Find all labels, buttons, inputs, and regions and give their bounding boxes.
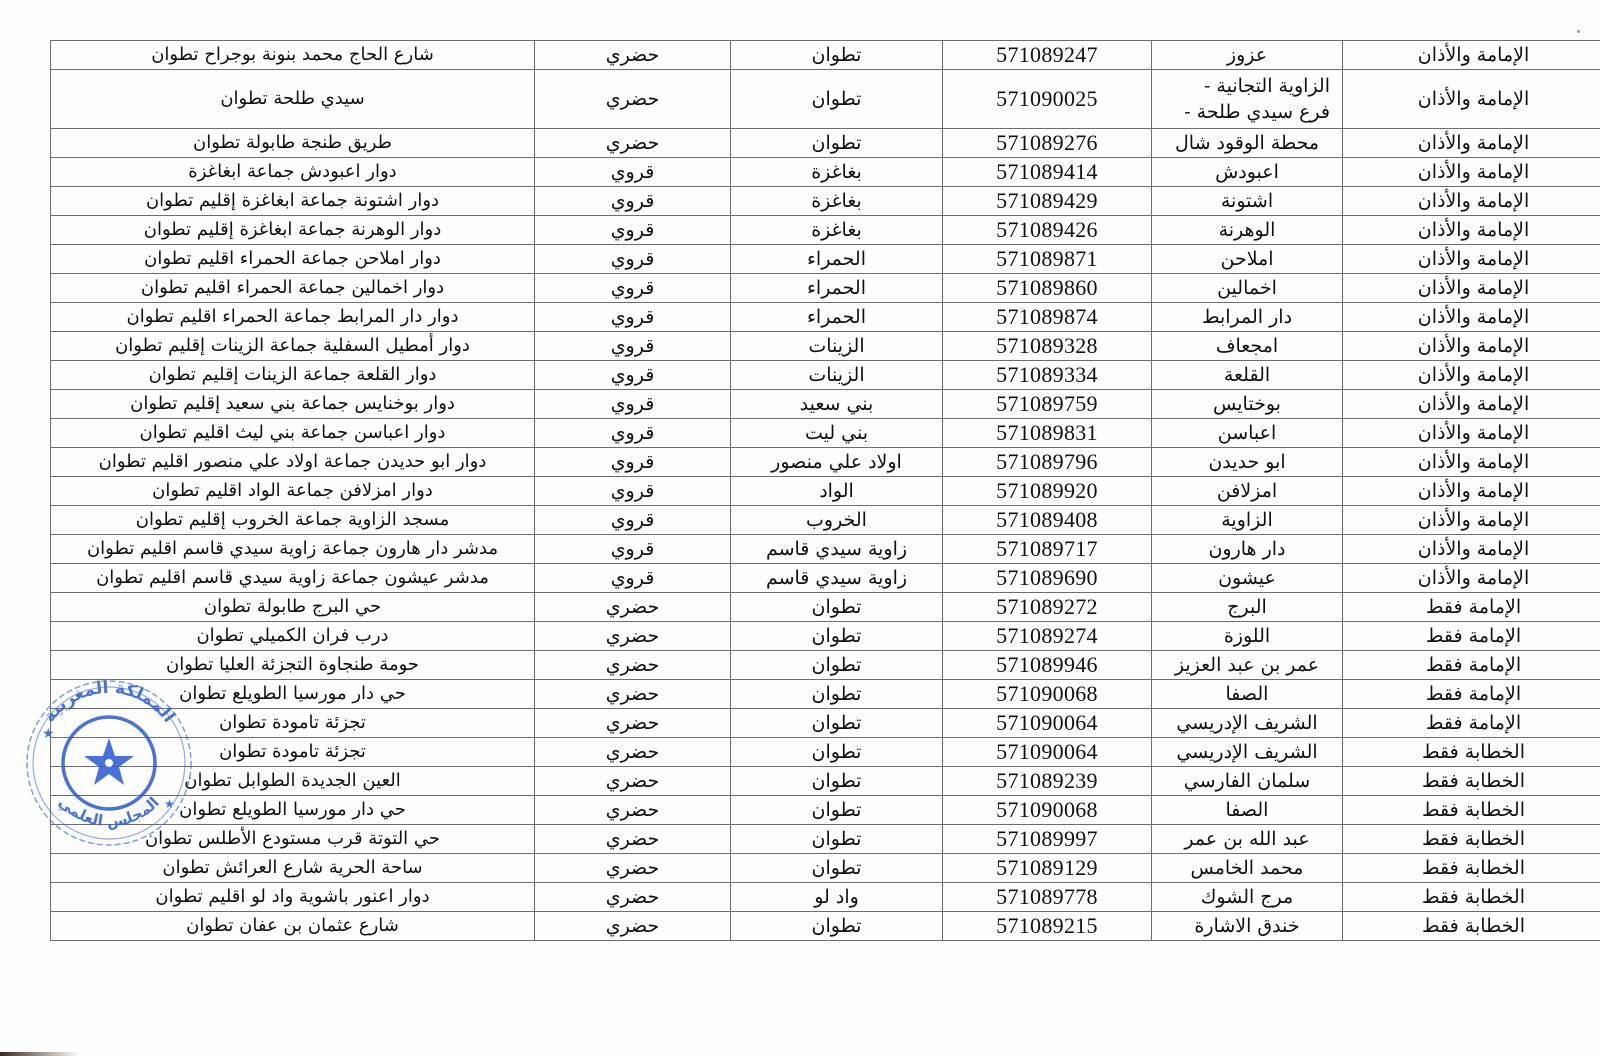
cell-commune: تطوان [731, 854, 943, 883]
table-row: الإمامة والأذان امزلافن 571089920 الواد … [51, 477, 1600, 506]
cell-code: 571089129 [943, 854, 1152, 883]
cell-code: 571089759 [943, 390, 1152, 419]
cell-area-type: حضري [535, 912, 731, 941]
document-page: الإمامة والأذان عزوز 571089247 تطوان حضر… [0, 0, 1600, 1056]
cell-address: دوار بوخنايس جماعة بني سعيد إقليم تطوان [51, 390, 535, 419]
cell-role: الإمامة فقط [1343, 680, 1600, 709]
cell-area-type: حضري [535, 622, 731, 651]
cell-area-type: حضري [535, 767, 731, 796]
cell-address: حومة طنجاوة التجزئة العليا تطوان [51, 651, 535, 680]
cell-mosque-name: القلعة [1152, 361, 1343, 390]
cell-address: مدشر عيشون جماعة زاوية سيدي قاسم اقليم ت… [51, 564, 535, 593]
cell-area-type: حضري [535, 41, 731, 70]
mosque-list-table-wrapper: الإمامة والأذان عزوز 571089247 تطوان حضر… [50, 40, 1550, 941]
cell-code: 571089860 [943, 274, 1152, 303]
cell-address: دوار أمطيل السفلية جماعة الزينات إقليم ت… [51, 332, 535, 361]
cell-address: دوار الوهرنة جماعة ابغاغزة إقليم تطوان [51, 216, 535, 245]
table-row: الإمامة والأذان الوهرنة 571089426 بغاغزة… [51, 216, 1600, 245]
cell-area-type: قروي [535, 506, 731, 535]
cell-area-type: قروي [535, 361, 731, 390]
cell-mosque-name: اشتونة [1152, 187, 1343, 216]
cell-role: الإمامة والأذان [1343, 129, 1600, 158]
cell-mosque-name: اعباسن [1152, 419, 1343, 448]
cell-address: دوار اشتونة جماعة ابغاغزة إقليم تطوان [51, 187, 535, 216]
table-row: الخطابة فقط سلمان الفارسي 571089239 تطوا… [51, 767, 1600, 796]
cell-role: الإمامة فقط [1343, 622, 1600, 651]
cell-address: دوار ابو حديدن جماعة اولاد علي منصور اقل… [51, 448, 535, 477]
mosque-name-line-1: الزاوية التجانية - [1156, 73, 1338, 99]
cell-mosque-name: الزاوية التجانية - فرع سيدي طلحة - [1152, 70, 1343, 129]
cell-role: الإمامة والأذان [1343, 477, 1600, 506]
cell-commune: الحمراء [731, 274, 943, 303]
cell-mosque-name: اللوزة [1152, 622, 1343, 651]
cell-commune: الخروب [731, 506, 943, 535]
cell-mosque-name: دار هارون [1152, 535, 1343, 564]
cell-code: 571089274 [943, 622, 1152, 651]
cell-address: تجزئة تامودة تطوان [51, 738, 535, 767]
cell-area-type: حضري [535, 680, 731, 709]
cell-role: الإمامة والأذان [1343, 70, 1600, 129]
cell-address: مدشر دار هارون جماعة زاوية سيدي قاسم اقل… [51, 535, 535, 564]
cell-mosque-name: اخمالين [1152, 274, 1343, 303]
cell-mosque-name: محطة الوقود شال [1152, 129, 1343, 158]
cell-area-type: حضري [535, 651, 731, 680]
cell-area-type: قروي [535, 477, 731, 506]
cell-address: دوار اعباسن جماعة بني ليث اقليم تطوان [51, 419, 535, 448]
cell-code: 571090064 [943, 709, 1152, 738]
cell-address: حي البرج طابولة تطوان [51, 593, 535, 622]
table-row: الإمامة فقط الصفا 571090068 تطوان حضري ح… [51, 680, 1600, 709]
table-row: الإمامة والأذان املاحن 571089871 الحمراء… [51, 245, 1600, 274]
cell-role: الخطابة فقط [1343, 883, 1600, 912]
table-row: الخطابة فقط مرج الشوك 571089778 واد لو ح… [51, 883, 1600, 912]
cell-area-type: قروي [535, 216, 731, 245]
cell-commune: تطوان [731, 825, 943, 854]
cell-role: الإمامة فقط [1343, 709, 1600, 738]
cell-address: دوار املاحن جماعة الحمراء اقليم تطوان [51, 245, 535, 274]
table-row: الإمامة والأذان الزاوية التجانية - فرع س… [51, 70, 1600, 129]
cell-area-type: قروي [535, 564, 731, 593]
cell-commune: تطوان [731, 912, 943, 941]
cell-mosque-name: عمر بن عبد العزيز [1152, 651, 1343, 680]
mosque-list-table: الإمامة والأذان عزوز 571089247 تطوان حضر… [50, 40, 1600, 941]
cell-commune: تطوان [731, 738, 943, 767]
cell-role: الإمامة والأذان [1343, 361, 1600, 390]
scan-speck [1577, 30, 1580, 33]
cell-mosque-name: عيشون [1152, 564, 1343, 593]
cell-commune: تطوان [731, 680, 943, 709]
cell-commune: تطوان [731, 709, 943, 738]
cell-commune: زاوية سيدي قاسم [731, 564, 943, 593]
cell-area-type: قروي [535, 448, 731, 477]
table-row: الإمامة والأذان عزوز 571089247 تطوان حضر… [51, 41, 1600, 70]
table-row: الإمامة والأذان اعباسن 571089831 بني ليت… [51, 419, 1600, 448]
table-row: الإمامة فقط الشريف الإدريسي 571090064 تط… [51, 709, 1600, 738]
cell-code: 571089778 [943, 883, 1152, 912]
cell-commune: تطوان [731, 70, 943, 129]
cell-area-type: حضري [535, 70, 731, 129]
cell-address: حي التوتة قرب مستودع الأطلس تطوان [51, 825, 535, 854]
table-row: الإمامة والأذان دار هارون 571089717 زاوي… [51, 535, 1600, 564]
cell-mosque-name: عبد الله بن عمر [1152, 825, 1343, 854]
cell-commune: بغاغزة [731, 187, 943, 216]
cell-role: الخطابة فقط [1343, 767, 1600, 796]
cell-role: الإمامة فقط [1343, 651, 1600, 680]
cell-mosque-name: مرج الشوك [1152, 883, 1343, 912]
cell-role: الخطابة فقط [1343, 854, 1600, 883]
table-row: الإمامة والأذان محطة الوقود شال 57108927… [51, 129, 1600, 158]
cell-role: الإمامة والأذان [1343, 332, 1600, 361]
table-row: الخطابة فقط خندق الاشارة 571089215 تطوان… [51, 912, 1600, 941]
cell-area-type: قروي [535, 245, 731, 274]
cell-address: العين الجديدة الطوابل تطوان [51, 767, 535, 796]
table-row: الإمامة فقط البرج 571089272 تطوان حضري ح… [51, 593, 1600, 622]
cell-mosque-name: سلمان الفارسي [1152, 767, 1343, 796]
cell-role: الإمامة والأذان [1343, 245, 1600, 274]
cell-area-type: حضري [535, 825, 731, 854]
cell-commune: تطوان [731, 593, 943, 622]
cell-commune: بني سعيد [731, 390, 943, 419]
cell-mosque-name: ابو حديدن [1152, 448, 1343, 477]
cell-area-type: حضري [535, 709, 731, 738]
table-row: الإمامة والأذان اعبودش 571089414 بغاغزة … [51, 158, 1600, 187]
cell-role: الإمامة والأذان [1343, 390, 1600, 419]
cell-role: الخطابة فقط [1343, 912, 1600, 941]
cell-commune: تطوان [731, 129, 943, 158]
cell-address: حي دار مورسيا الطويلع تطوان [51, 796, 535, 825]
cell-commune: بني ليت [731, 419, 943, 448]
cell-address: شارع الحاج محمد بنونة بوجراح تطوان [51, 41, 535, 70]
cell-code: 571089414 [943, 158, 1152, 187]
cell-commune: تطوان [731, 622, 943, 651]
cell-commune: الحمراء [731, 245, 943, 274]
cell-mosque-name: الشريف الإدريسي [1152, 709, 1343, 738]
cell-address: طريق طنجة طابولة تطوان [51, 129, 535, 158]
scan-edge-shadow [0, 1052, 80, 1056]
cell-area-type: حضري [535, 883, 731, 912]
cell-commune: تطوان [731, 796, 943, 825]
cell-code: 571089328 [943, 332, 1152, 361]
cell-code: 571089276 [943, 129, 1152, 158]
cell-code: 571089690 [943, 564, 1152, 593]
cell-commune: الزينات [731, 361, 943, 390]
cell-role: الإمامة والأذان [1343, 419, 1600, 448]
cell-address: تجزئة تامودة تطوان [51, 709, 535, 738]
cell-area-type: قروي [535, 158, 731, 187]
cell-code: 571089997 [943, 825, 1152, 854]
cell-mosque-name: اعبودش [1152, 158, 1343, 187]
table-row: الإمامة والأذان القلعة 571089334 الزينات… [51, 361, 1600, 390]
table-body: الإمامة والأذان عزوز 571089247 تطوان حضر… [51, 41, 1600, 941]
cell-area-type: حضري [535, 129, 731, 158]
cell-address: دوار امزلافن جماعة الواد اقليم تطوان [51, 477, 535, 506]
cell-address: دوار دار المرابط جماعة الحمراء اقليم تطو… [51, 303, 535, 332]
cell-area-type: قروي [535, 303, 731, 332]
cell-code: 571089408 [943, 506, 1152, 535]
cell-address: دوار اعبودش جماعة ابغاغزة [51, 158, 535, 187]
cell-mosque-name: بوختايس [1152, 390, 1343, 419]
cell-mosque-name: املاحن [1152, 245, 1343, 274]
cell-code: 571089334 [943, 361, 1152, 390]
cell-commune: الزينات [731, 332, 943, 361]
cell-role: الخطابة فقط [1343, 825, 1600, 854]
cell-code: 571089796 [943, 448, 1152, 477]
cell-role: الإمامة والأذان [1343, 506, 1600, 535]
cell-area-type: قروي [535, 535, 731, 564]
cell-code: 571089239 [943, 767, 1152, 796]
cell-mosque-name: الزاوية [1152, 506, 1343, 535]
cell-role: الإمامة والأذان [1343, 41, 1600, 70]
cell-mosque-name: الشريف الإدريسي [1152, 738, 1343, 767]
cell-mosque-name: البرج [1152, 593, 1343, 622]
cell-mosque-name: امزلافن [1152, 477, 1343, 506]
cell-role: الخطابة فقط [1343, 738, 1600, 767]
cell-mosque-name: الصفا [1152, 680, 1343, 709]
table-row: الإمامة والأذان بوختايس 571089759 بني سع… [51, 390, 1600, 419]
cell-role: الإمامة والأذان [1343, 274, 1600, 303]
cell-code: 571090064 [943, 738, 1152, 767]
cell-mosque-name: الصفا [1152, 796, 1343, 825]
cell-code: 571089920 [943, 477, 1152, 506]
cell-commune: تطوان [731, 767, 943, 796]
cell-role: الإمامة والأذان [1343, 448, 1600, 477]
cell-area-type: قروي [535, 187, 731, 216]
cell-code: 571090068 [943, 796, 1152, 825]
cell-address: حي دار مورسيا الطويلع تطوان [51, 680, 535, 709]
table-row: الإمامة والأذان دار المرابط 571089874 ال… [51, 303, 1600, 332]
cell-mosque-name: الوهرنة [1152, 216, 1343, 245]
cell-role: الإمامة والأذان [1343, 535, 1600, 564]
cell-commune: واد لو [731, 883, 943, 912]
table-row: الإمامة والأذان اخمالين 571089860 الحمرا… [51, 274, 1600, 303]
cell-address: دوار القلعة جماعة الزينات إقليم تطوان [51, 361, 535, 390]
cell-address: درب فران الكميلي تطوان [51, 622, 535, 651]
cell-code: 571089429 [943, 187, 1152, 216]
cell-address: شارع عثمان بن عفان تطوان [51, 912, 535, 941]
cell-address: مسجد الزاوية جماعة الخروب إقليم تطوان [51, 506, 535, 535]
cell-area-type: قروي [535, 274, 731, 303]
table-row: الإمامة فقط اللوزة 571089274 تطوان حضري … [51, 622, 1600, 651]
mosque-name-line-2: فرع سيدي طلحة - [1156, 99, 1338, 125]
cell-code: 571089426 [943, 216, 1152, 245]
cell-role: الإمامة والأذان [1343, 187, 1600, 216]
table-row: الخطابة فقط الشريف الإدريسي 571090064 تط… [51, 738, 1600, 767]
cell-role: الإمامة والأذان [1343, 216, 1600, 245]
cell-code: 571089272 [943, 593, 1152, 622]
cell-code: 571089874 [943, 303, 1152, 332]
table-row: الإمامة والأذان ابو حديدن 571089796 اولا… [51, 448, 1600, 477]
cell-area-type: قروي [535, 332, 731, 361]
cell-area-type: حضري [535, 593, 731, 622]
table-row: الخطابة فقط الصفا 571090068 تطوان حضري ح… [51, 796, 1600, 825]
cell-commune: زاوية سيدي قاسم [731, 535, 943, 564]
table-row: الإمامة والأذان امجعاف 571089328 الزينات… [51, 332, 1600, 361]
cell-role: الإمامة والأذان [1343, 564, 1600, 593]
cell-commune: بغاغزة [731, 158, 943, 187]
cell-area-type: حضري [535, 738, 731, 767]
cell-commune: تطوان [731, 651, 943, 680]
cell-area-type: قروي [535, 390, 731, 419]
table-row: الإمامة والأذان اشتونة 571089429 بغاغزة … [51, 187, 1600, 216]
table-row: الخطابة فقط عبد الله بن عمر 571089997 تط… [51, 825, 1600, 854]
cell-mosque-name: خندق الاشارة [1152, 912, 1343, 941]
cell-code: 571089247 [943, 41, 1152, 70]
table-row: الخطابة فقط محمد الخامس 571089129 تطوان … [51, 854, 1600, 883]
cell-role: الخطابة فقط [1343, 796, 1600, 825]
cell-role: الإمامة والأذان [1343, 158, 1600, 187]
cell-code: 571089717 [943, 535, 1152, 564]
cell-code: 571089946 [943, 651, 1152, 680]
cell-code: 571089871 [943, 245, 1152, 274]
cell-commune: الواد [731, 477, 943, 506]
cell-address: دوار اخمالين جماعة الحمراء اقليم تطوان [51, 274, 535, 303]
cell-address: دوار اعنور باشوية واد لو اقليم تطوان [51, 883, 535, 912]
table-row: الإمامة والأذان الزاوية 571089408 الخروب… [51, 506, 1600, 535]
cell-commune: اولاد علي منصور [731, 448, 943, 477]
cell-role: الإمامة فقط [1343, 593, 1600, 622]
cell-address: ساحة الحرية شارع العرائش تطوان [51, 854, 535, 883]
cell-mosque-name: محمد الخامس [1152, 854, 1343, 883]
cell-commune: الحمراء [731, 303, 943, 332]
cell-code: 571090068 [943, 680, 1152, 709]
cell-mosque-name: امجعاف [1152, 332, 1343, 361]
cell-code: 571090025 [943, 70, 1152, 129]
cell-area-type: حضري [535, 854, 731, 883]
cell-commune: تطوان [731, 41, 943, 70]
cell-role: الإمامة والأذان [1343, 303, 1600, 332]
cell-code: 571089215 [943, 912, 1152, 941]
cell-address: سيدي طلحة تطوان [51, 70, 535, 129]
cell-mosque-name: عزوز [1152, 41, 1343, 70]
table-row: الإمامة فقط عمر بن عبد العزيز 571089946 … [51, 651, 1600, 680]
cell-code: 571089831 [943, 419, 1152, 448]
table-row: الإمامة والأذان عيشون 571089690 زاوية سي… [51, 564, 1600, 593]
cell-area-type: حضري [535, 796, 731, 825]
cell-area-type: قروي [535, 419, 731, 448]
cell-commune: بغاغزة [731, 216, 943, 245]
cell-mosque-name: دار المرابط [1152, 303, 1343, 332]
